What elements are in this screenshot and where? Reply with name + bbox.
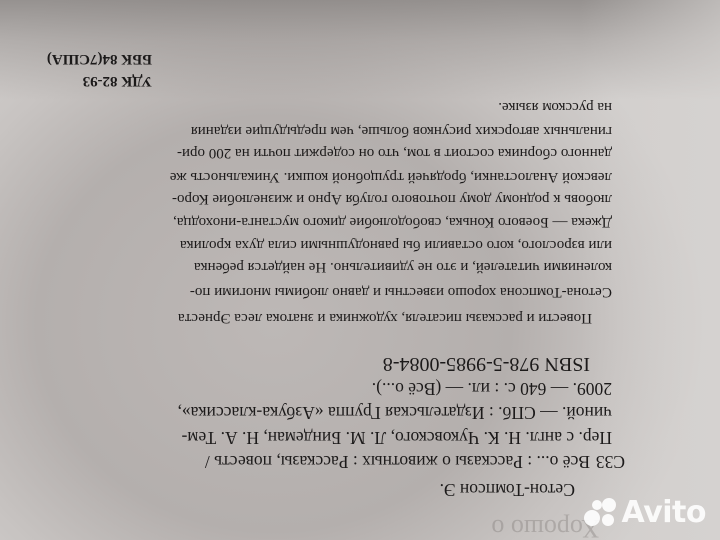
bibliographic-line: Всё о... : Рассказы о животных : Рассказ…	[205, 452, 590, 472]
avito-watermark: Avito	[584, 495, 706, 530]
annotation-line: Джека — Боевого Конька, свободолюбие дик…	[173, 212, 612, 232]
bibliographic-line: 2009. — 640 с. : ил. — (Всё о...).	[372, 379, 612, 399]
author-heading: Сетон-Томпсон Э.	[440, 480, 575, 500]
annotation-line: любовь к родному дому почтового голубя А…	[172, 189, 612, 209]
annotation-line: Повести и рассказы писателя, художника и…	[178, 308, 592, 328]
shelf-mark: С33	[596, 452, 625, 472]
annotation-line: данного сборника состоит в том, что он с…	[177, 143, 612, 163]
annotation-line: Сетона-Томпсона хорошо известны и давно …	[190, 282, 612, 302]
avito-dots-logo-icon	[584, 498, 618, 528]
book-page-photo: Хорошо о Сетон-Томпсон Э. С33 Всё о... :…	[0, 0, 720, 540]
udk-code: УДК 82-93	[83, 71, 152, 91]
avito-brand-text: Avito	[622, 495, 706, 530]
bibliographic-line: Пер. с англ. Н. К. Чуковского, Л. М. Бин…	[182, 428, 612, 448]
bbk-code: ББК 84(7США)	[47, 49, 152, 69]
annotation-line: на русском языке.	[498, 97, 612, 117]
annotation-line: левской Аналостанки, бродячей трущобной …	[170, 167, 612, 187]
annotation-line: колениями читателей, и это не удивительн…	[194, 257, 612, 277]
isbn: ISBN 978-5-9985-0084-8	[383, 354, 590, 374]
annotation-line: или взрослого, кого оставили бы равнодуш…	[180, 235, 612, 255]
bibliographic-line: чиной. — СПб. : Издательская Группа «Азб…	[177, 403, 612, 423]
imprint-page-rotated: Хорошо о Сетон-Томпсон Э. С33 Всё о... :…	[0, 0, 720, 540]
annotation-line: гинальных авторских рисунков больше, чем…	[191, 121, 612, 141]
